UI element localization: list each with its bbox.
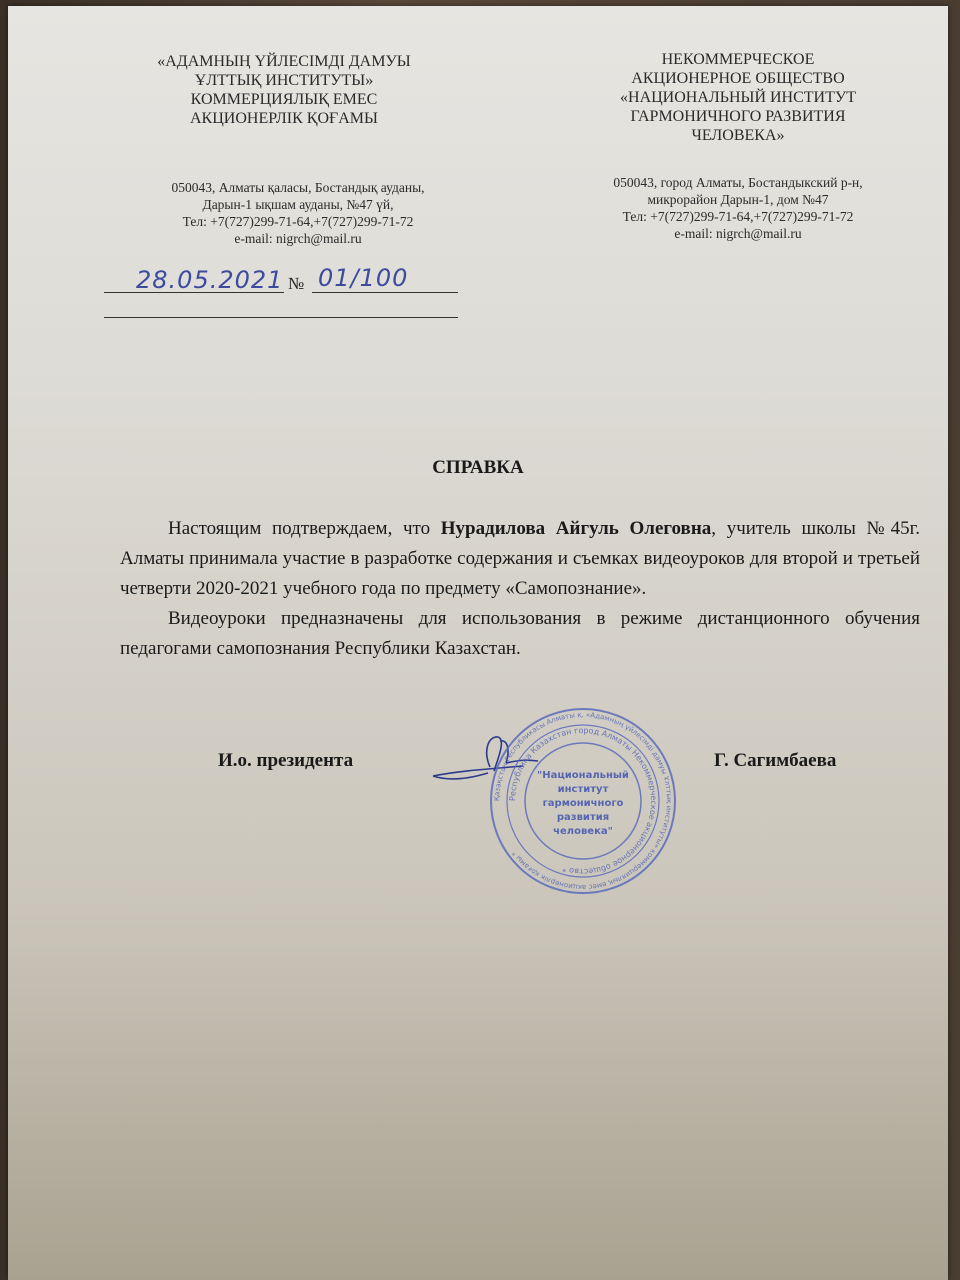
person-name: Нурадилова Айгуль Олеговна bbox=[441, 518, 712, 539]
header-org-kazakh: «АДАМНЫҢ ҮЙЛЕСІМДІ ДАМУЫ ҰЛТТЫҚ ИНСТИТУТ… bbox=[104, 52, 464, 128]
signatory-name: Г. Сагимбаева bbox=[714, 750, 836, 772]
org-line: «АДАМНЫҢ ҮЙЛЕСІМДІ ДАМУЫ bbox=[104, 52, 464, 71]
svg-text:развития: развития bbox=[557, 812, 609, 823]
document-page: «АДАМНЫҢ ҮЙЛЕСІМДІ ДАМУЫ ҰЛТТЫҚ ИНСТИТУТ… bbox=[8, 6, 948, 1280]
email-line: e-mail: nigrch@mail.ru bbox=[568, 225, 908, 242]
phone-line: Тел: +7(727)299-71-64,+7(727)299-71-72 bbox=[568, 208, 908, 225]
svg-text:человека": человека" bbox=[553, 826, 613, 837]
org-line: ГАРМОНИЧНОГО РАЗВИТИЯ bbox=[568, 107, 908, 126]
svg-text:"Национальный: "Национальный bbox=[537, 770, 629, 781]
header-org-russian: НЕКОММЕРЧЕСКОЕ АКЦИОНЕРНОЕ ОБЩЕСТВО «НАЦ… bbox=[568, 50, 908, 145]
org-line: ЧЕЛОВЕКА» bbox=[568, 126, 908, 145]
email-line: e-mail: nigrch@mail.ru bbox=[118, 230, 478, 247]
address-line: 050043, город Алматы, Бостандыкский р-н, bbox=[568, 174, 908, 191]
paragraph-2: Видеоуроки предназначены для использован… bbox=[120, 604, 920, 664]
document-title: СПРАВКА bbox=[8, 457, 948, 479]
org-line: «НАЦИОНАЛЬНЫЙ ИНСТИТУТ bbox=[568, 88, 908, 107]
text: Настоящим подтверждаем, что bbox=[168, 518, 441, 539]
number-underline bbox=[312, 292, 458, 293]
org-line: НЕКОММЕРЧЕСКОЕ bbox=[568, 50, 908, 69]
document-body: Настоящим подтверждаем, что Нурадилова А… bbox=[120, 514, 920, 664]
paragraph-1: Настоящим подтверждаем, что Нурадилова А… bbox=[120, 514, 920, 604]
address-line: Дарын-1 ықшам ауданы, №47 үй, bbox=[118, 196, 478, 213]
address-line: 050043, Алматы қаласы, Бостандық ауданы, bbox=[118, 179, 478, 196]
svg-text:гармоничного: гармоничного bbox=[543, 798, 624, 809]
address-kazakh: 050043, Алматы қаласы, Бостандық ауданы,… bbox=[118, 179, 478, 247]
date-underline bbox=[104, 292, 284, 293]
phone-line: Тел: +7(727)299-71-64,+7(727)299-71-72 bbox=[118, 213, 478, 230]
address-russian: 050043, город Алматы, Бостандыкский р-н,… bbox=[568, 174, 908, 242]
address-line: микрорайон Дарын-1, дом №47 bbox=[568, 191, 908, 208]
handwritten-number: 01/100 bbox=[318, 264, 408, 292]
org-line: АКЦИОНЕРЛІК ҚОҒАМЫ bbox=[104, 109, 464, 128]
second-underline bbox=[104, 317, 458, 318]
signatory-position: И.о. президента bbox=[218, 750, 353, 772]
svg-text:институт: институт bbox=[558, 784, 609, 795]
official-seal-icon: Қазақстан Республикасы Алматы қ. «Адамны… bbox=[483, 706, 683, 896]
org-line: ҰЛТТЫҚ ИНСТИТУТЫ» bbox=[104, 71, 464, 90]
org-line: КОММЕРЦИЯЛЫҚ ЕМЕС bbox=[104, 90, 464, 109]
handwritten-date: 28.05.2021 bbox=[136, 266, 283, 294]
number-sign: № bbox=[288, 274, 304, 294]
org-line: АКЦИОНЕРНОЕ ОБЩЕСТВО bbox=[568, 69, 908, 88]
